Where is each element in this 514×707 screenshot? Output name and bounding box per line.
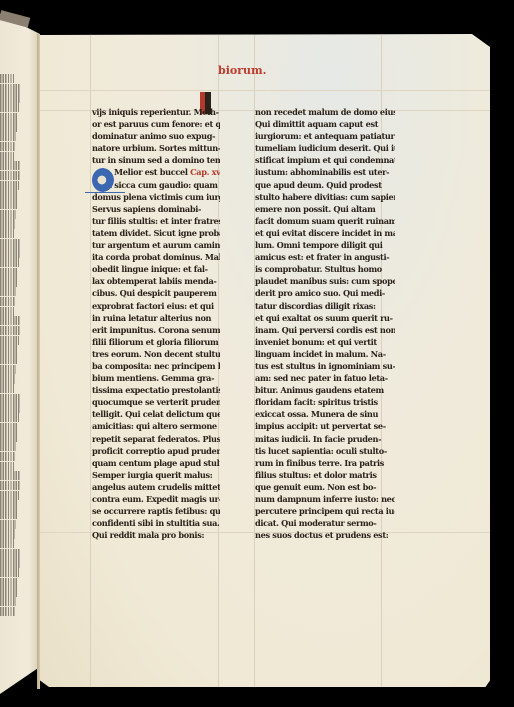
left-page-text-line: [0, 374, 15, 383]
text-line: ita corda probat dominus. Malus: [92, 251, 220, 263]
left-page-text-line: [0, 268, 18, 277]
left-page-text-line: [0, 345, 18, 354]
left-page-text-line: [0, 219, 15, 228]
text-line: rum in finibus terre. Ira patris: [255, 457, 395, 469]
text-line: num dampnum inferre iusto: nec: [255, 493, 395, 505]
left-page-text-line: [0, 384, 14, 393]
left-page-text-line: [0, 122, 17, 131]
left-page-text-line: [0, 587, 17, 596]
left-page-text-line: [0, 103, 19, 112]
text-column-right: non recedet malum de domo eius.Qui dimit…: [255, 106, 395, 541]
text-line: tis lucet sapientia: oculi stulto-: [255, 445, 395, 457]
text-line: bitur. Animus gaudens etatem: [255, 384, 395, 396]
left-page-text-line: [0, 258, 19, 267]
left-page-text-line: [0, 394, 21, 403]
left-page-text-line: [0, 491, 19, 500]
text-line: tur argentum et aurum camino:: [92, 239, 220, 251]
text-line: cibus. Qui despicit pauperem: [92, 287, 220, 299]
text-line: tissima expectatio prestolantis:: [92, 384, 220, 396]
text-line: tur filiis stultis: et inter fratres her…: [92, 215, 220, 227]
ruling-line: [90, 34, 91, 687]
text-line: contra eum. Expedit magis ur-: [92, 493, 220, 505]
facing-left-page: [0, 14, 40, 694]
ruling-line: [40, 90, 490, 91]
text-line: bium mentiens. Gemma gra-: [92, 372, 220, 384]
left-page-text-line: [0, 326, 20, 335]
text-line: nes suos doctus et prudens est:: [255, 529, 395, 541]
left-page-text-line: [0, 93, 20, 102]
text-line: que apud deum. Quid prodest: [255, 179, 395, 191]
left-page-text-line: [0, 452, 15, 461]
text-line: plaudet manibus suis: cum spopon-: [255, 275, 395, 287]
left-page-text-line: [0, 277, 17, 286]
left-page-text-line: [0, 200, 17, 209]
text-line: in ruina letatur alterius non: [92, 312, 220, 324]
text-line: exprobrat factori eius: et qui: [92, 300, 220, 312]
left-page-text-line: [0, 152, 14, 161]
book-gutter: [37, 34, 40, 689]
left-page-text-line: [0, 520, 16, 529]
text-line: Semper iurgia querit malus:: [92, 469, 220, 481]
text-line: lax obtemperat labiis menda-: [92, 275, 220, 287]
text-line: dicat. Qui moderatur sermo-: [255, 517, 395, 529]
text-line: exiccat ossa. Munera de sinu: [255, 408, 395, 420]
left-page-text-line: [0, 307, 14, 316]
text-line: que genuit eum. Non est bo-: [255, 481, 395, 493]
text-line: Qui reddit mala pro bonis:: [92, 529, 220, 541]
text-line: obedit lingue inique: et fal-: [92, 263, 220, 275]
text-line: quam centum plage apud stultum.: [92, 457, 220, 469]
left-page-text-line: [0, 210, 16, 219]
left-page-text-line: [0, 558, 20, 567]
left-page-text-line: [0, 113, 18, 122]
text-line: repetit separat federatos. Plus: [92, 433, 220, 445]
text-line: emere non possit. Qui altam: [255, 203, 395, 215]
text-line: dominatur animo suo expug-: [92, 130, 220, 142]
left-page-text-line: [0, 171, 20, 180]
left-page-text-line: [0, 510, 17, 519]
left-page-text-line: [0, 297, 15, 306]
left-page-text-line: [0, 539, 14, 548]
text-line: ba composita: nec principem la-: [92, 360, 220, 372]
left-page-text-line: [0, 355, 17, 364]
text-line: vijs iniquis reperientur. Melh-: [92, 106, 220, 118]
text-line: amicus est: et frater in angusti-: [255, 251, 395, 263]
left-page-text-line: [0, 442, 16, 451]
text-line: amicitias: qui altero sermone: [92, 420, 220, 432]
text-line: Qui dimittit aquam caput est: [255, 118, 395, 130]
text-line: is comprobatur. Stultus homo: [255, 263, 395, 275]
left-page-text-line: [0, 481, 20, 490]
text-line: se occurrere raptis fetibus: quam fatuo: [92, 505, 220, 517]
text-line: natore urbium. Sortes mittun-: [92, 142, 220, 154]
left-page-text-line: [0, 287, 16, 296]
text-line: tus est stultus in ignominiam su-: [255, 360, 395, 372]
text-line: iurgiorum: et antequam patiatur con-: [255, 130, 395, 142]
left-page-text-fragment: [0, 74, 20, 617]
left-page-text-line: [0, 432, 17, 441]
running-header: biorum.: [218, 64, 266, 77]
left-page-text-line: [0, 74, 14, 83]
text-line: et qui evitat discere incidet in ma-: [255, 227, 395, 239]
text-line: angelus autem crudelis mittetur: [92, 481, 220, 493]
text-line: mitas iudicii. In facie pruden-: [255, 433, 395, 445]
left-page-text-line: [0, 462, 14, 471]
left-page-text-line: [0, 607, 15, 616]
left-page-text-line: [0, 578, 18, 587]
text-line: tatem dividet. Sicut igne proba-: [92, 227, 220, 239]
text-line: non recedet malum de domo eius.: [255, 106, 395, 118]
left-page-text-line: [0, 403, 20, 412]
text-line: et qui exaltat os suum querit ru-: [255, 312, 395, 324]
left-page-text-line: [0, 549, 21, 558]
left-page-text-line: [0, 142, 15, 151]
text-line: filius stultus: et dolor matris: [255, 469, 395, 481]
left-page-text-line: [0, 413, 19, 422]
text-line: tur in sinum sed a domino temperantur.: [92, 154, 220, 166]
left-page-text-line: [0, 190, 18, 199]
text-line: derit pro amico suo. Qui medi-: [255, 287, 395, 299]
text-line: tumeliam iudicium deserit. Qui iu-: [255, 142, 395, 154]
left-page-text-line: [0, 161, 21, 170]
text-line: quocumque se verterit prudenter in-: [92, 396, 220, 408]
left-page-text-line: [0, 336, 19, 345]
text-line: inam. Qui perversi cordis est non: [255, 324, 395, 336]
text-line: stificat impium et qui condemnat: [255, 154, 395, 166]
text-line: or est paruus cum fenore: et qui: [92, 118, 220, 130]
left-page-text-line: [0, 597, 16, 606]
left-page-text-line: [0, 229, 14, 238]
left-page-text-line: [0, 84, 21, 93]
text-line: iustum: abhominabilis est uter-: [255, 166, 395, 178]
text-line: erit impunitus. Corona senum: [92, 324, 220, 336]
text-line: am: sed nec pater in fatuo leta-: [255, 372, 395, 384]
text-line: Servus sapiens dominabi-: [92, 203, 220, 215]
text-line: tres eorum. Non decent stultum ver-: [92, 348, 220, 360]
text-line: proficit correptio apud prudentem:: [92, 445, 220, 457]
initial-flourish: [85, 192, 125, 193]
text-line: tatur discordias diligit rixas:: [255, 300, 395, 312]
text-line: lum. Omni tempore diligit qui: [255, 239, 395, 251]
text-line: linguam incidet in malum. Na-: [255, 348, 395, 360]
chapter-mark: Cap. xvij.: [190, 167, 220, 177]
left-page-text-line: [0, 248, 20, 257]
left-page-text-line: [0, 316, 21, 325]
blue-initial-letter: [92, 168, 114, 192]
left-page-text-line: [0, 181, 19, 190]
left-page-text-line: [0, 568, 19, 577]
text-line: percutere principem qui recta iu-: [255, 505, 395, 517]
text-line: telligit. Qui celat delictum querit: [92, 408, 220, 420]
text-line: confidenti sibi in stultitia sua.: [92, 517, 220, 529]
left-page-text-line: [0, 132, 16, 141]
left-page-text-line: [0, 529, 15, 538]
left-page-text-line: [0, 365, 16, 374]
left-page-text-line: [0, 239, 21, 248]
text-line: filii filiorum et gloria filiorum pa-: [92, 336, 220, 348]
text-line: stulto habere divitias: cum sapientiam: [255, 191, 395, 203]
left-page-text-line: [0, 471, 21, 480]
text-line: inveniet bonum: et qui vertit: [255, 336, 395, 348]
text-line: impius accipit: ut pervertat se-: [255, 420, 395, 432]
left-page-text-line: [0, 423, 18, 432]
text-line: facit domum suam querit ruinam:: [255, 215, 395, 227]
left-page-text-line: [0, 500, 18, 509]
text-line: floridam facit: spiritus tristis: [255, 396, 395, 408]
